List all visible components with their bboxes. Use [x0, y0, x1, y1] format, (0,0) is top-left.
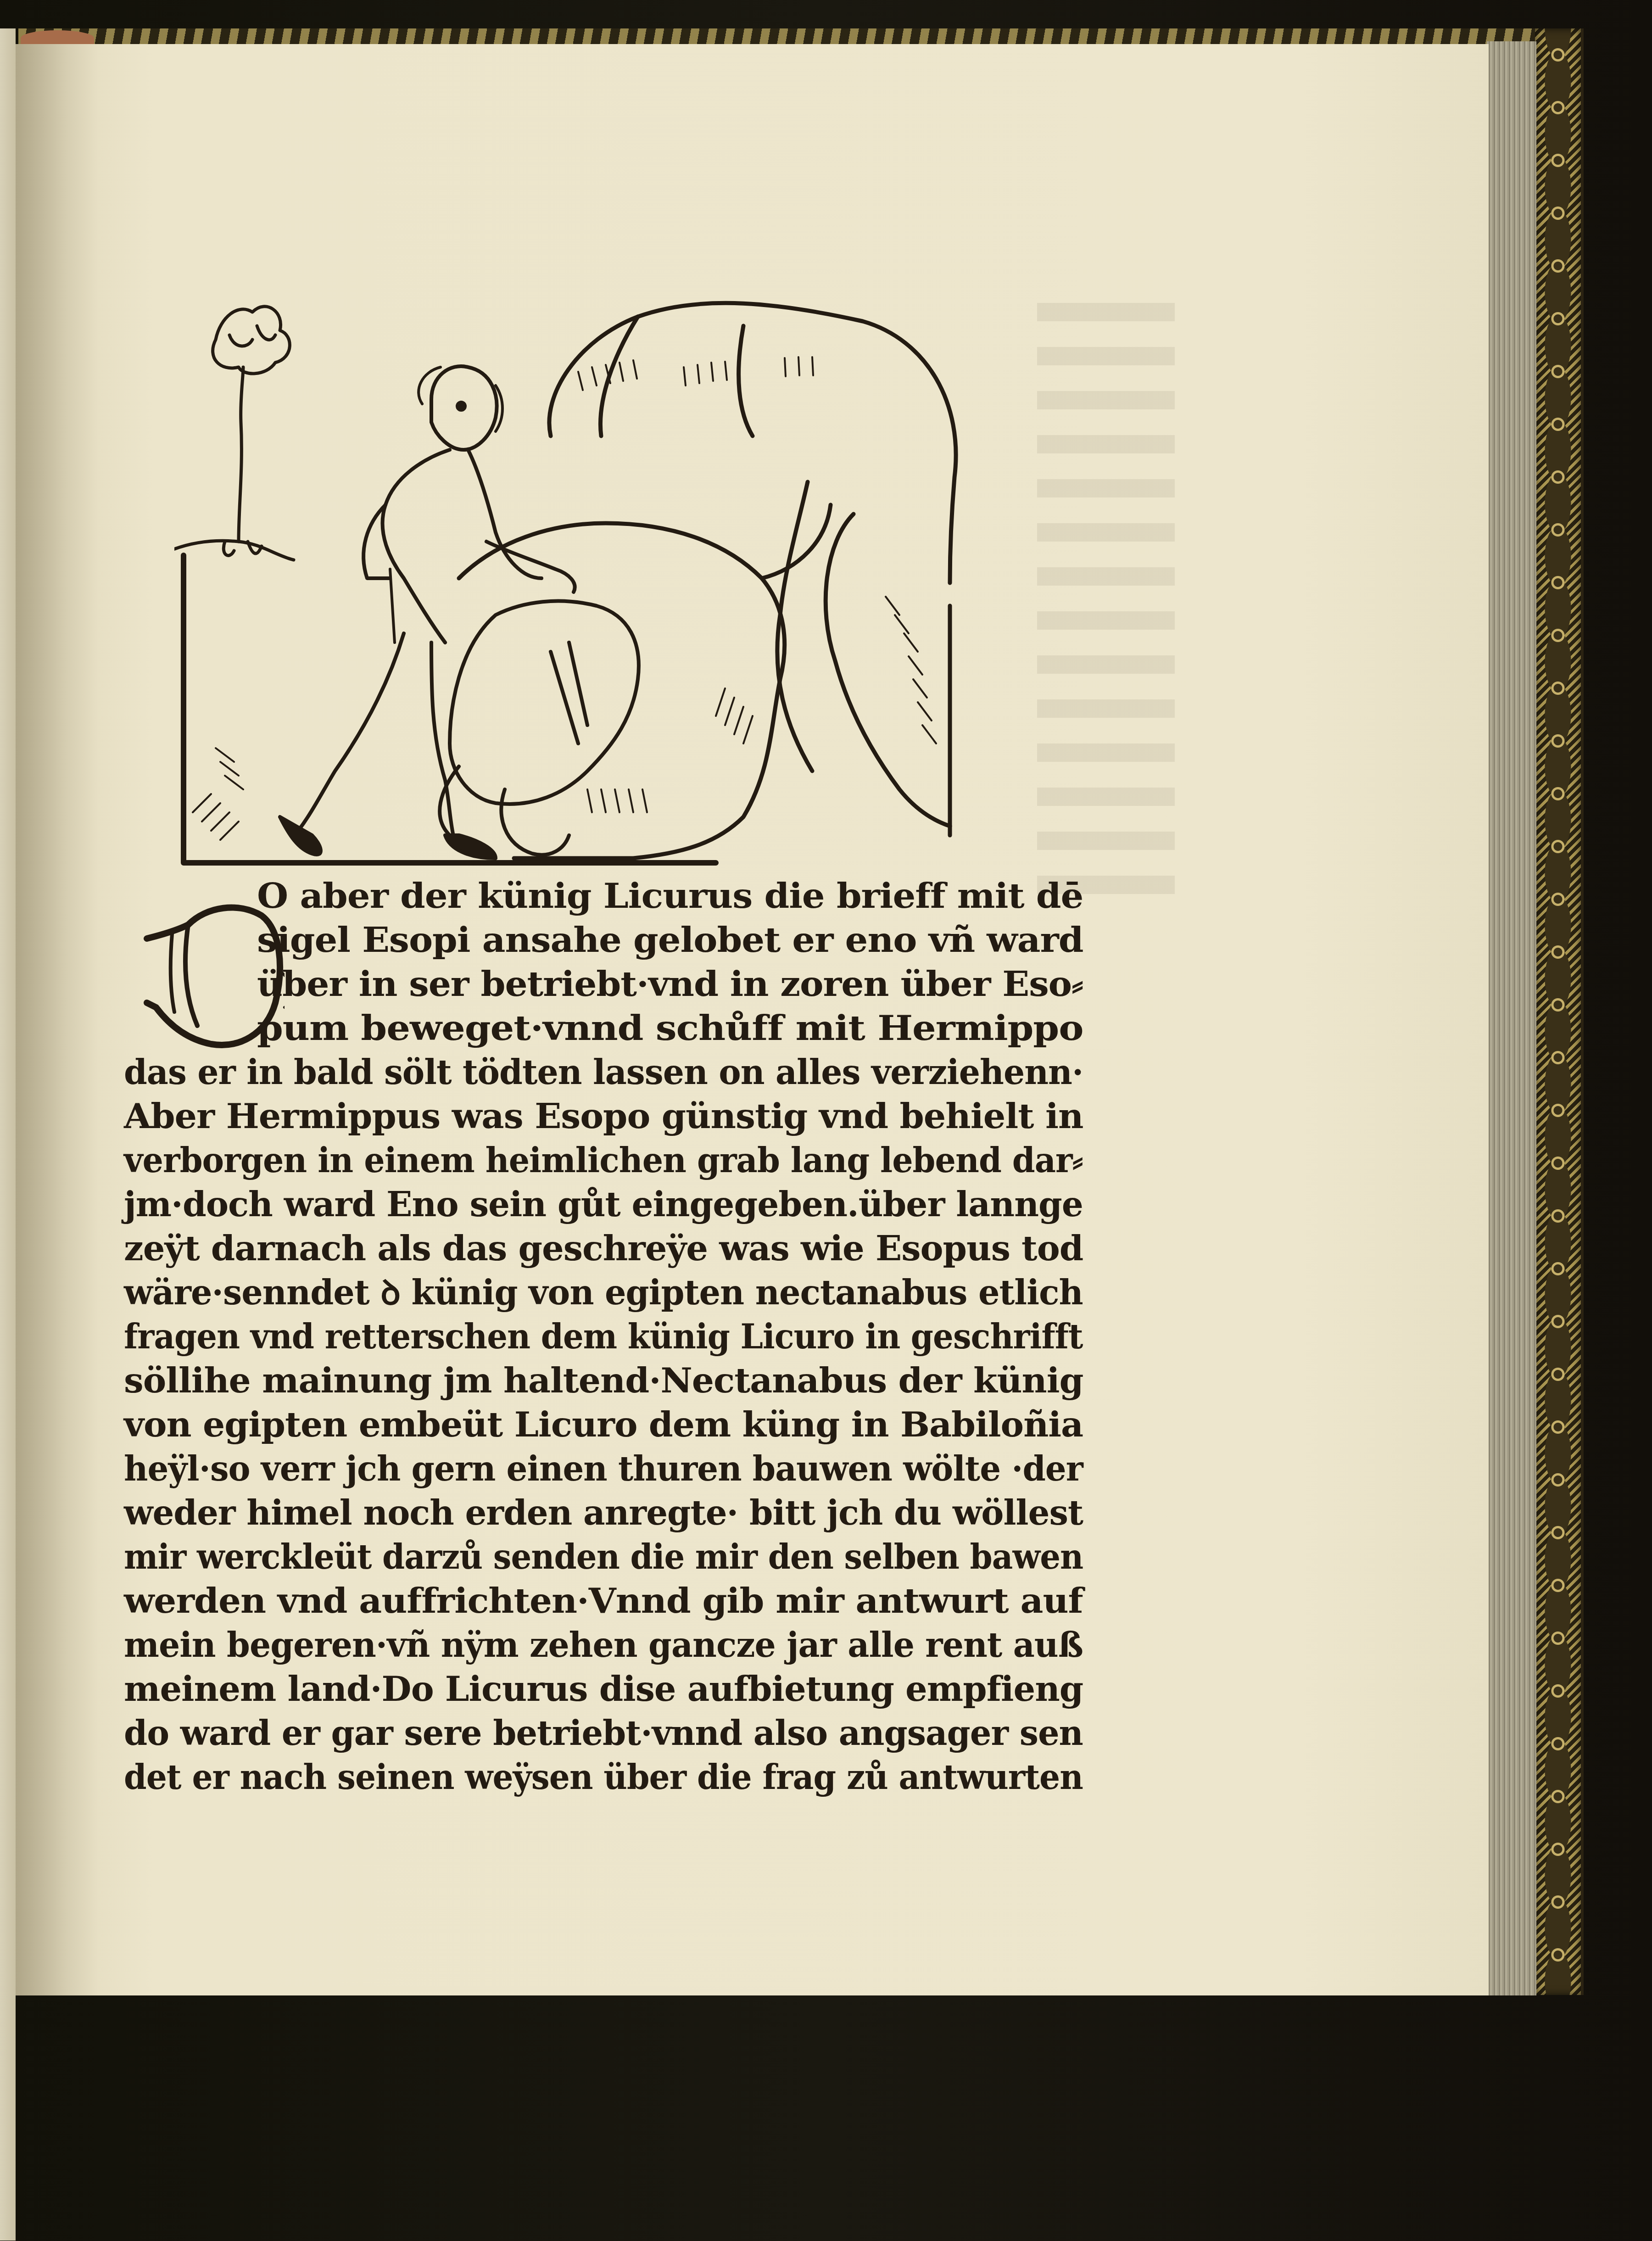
- tree-icon: [174, 307, 294, 560]
- text-line: O aber der künig Licurus die brieff mit …: [257, 874, 1083, 918]
- gilt-decorated-binding-edge: [1535, 28, 1584, 1995]
- ribbon-bookmark: [21, 30, 94, 46]
- text-line: söllihe mainung jm haltend·Nectanabus de…: [124, 1359, 1083, 1403]
- text-line: werden vnd auffrichten·Vnnd gib mir antw…: [124, 1579, 1083, 1623]
- text-line: det er nach seinen weÿsen über die frag …: [124, 1755, 1083, 1800]
- text-line: weder himel noch erden anregte· bitt jch…: [124, 1491, 1083, 1535]
- left-page-edge: [0, 28, 16, 2241]
- woodcut-illustration: [174, 285, 1019, 872]
- text-line: fragen vnd retterschen dem künig Licuro …: [124, 1315, 1083, 1359]
- rock-cave-icon: [459, 303, 956, 858]
- rock-hatching-icon: [578, 357, 936, 812]
- gilt-top-edge: [18, 28, 1581, 44]
- text-line: Aber Hermippus was Esopo günstig vnd beh…: [124, 1095, 1083, 1139]
- text-line: meinem land·Do Licurus dise aufbietung e…: [124, 1667, 1083, 1711]
- text-line: pum beweget·vnnd schůff mit Hermippo: [257, 1006, 1083, 1051]
- show-through-text: [1037, 303, 1175, 900]
- text-line: zeÿt darnach als das geschreÿe was wie E…: [124, 1227, 1083, 1271]
- bound-figure-icon: [440, 601, 639, 855]
- text-line: mein begeren·vñ nÿm zehen gancze jar all…: [124, 1623, 1083, 1667]
- man-figure-icon: [280, 366, 575, 858]
- text-line: wäre·senndet ꝺ künig von egipten nectana…: [124, 1271, 1083, 1315]
- text-line: heÿl·so verr jch gern einen thuren bauwe…: [124, 1447, 1083, 1491]
- text-line: do ward er gar sere betriebt·vnnd also a…: [124, 1711, 1083, 1755]
- page-fore-edge: [1487, 41, 1536, 1995]
- text-line: sigel Esopi ansahe gelobet er eno vñ war…: [257, 918, 1083, 962]
- text-line: das er in bald sölt tödten lassen on all…: [124, 1051, 1083, 1095]
- ground-hatching-icon: [193, 748, 243, 840]
- text-line: jm·doch ward Eno sein gůt eingegeben.übe…: [124, 1183, 1083, 1227]
- text-line: mir werckleüt darzů senden die mir den s…: [124, 1535, 1083, 1579]
- gutter-shadow: [16, 44, 98, 1995]
- text-line: von egipten embeüt Licuro dem küng in Ba…: [124, 1403, 1083, 1447]
- text-line: verborgen in einem heimlichen grab lang …: [124, 1139, 1083, 1183]
- text-line: über in ser betriebt·vnd in zoren über E…: [257, 962, 1083, 1006]
